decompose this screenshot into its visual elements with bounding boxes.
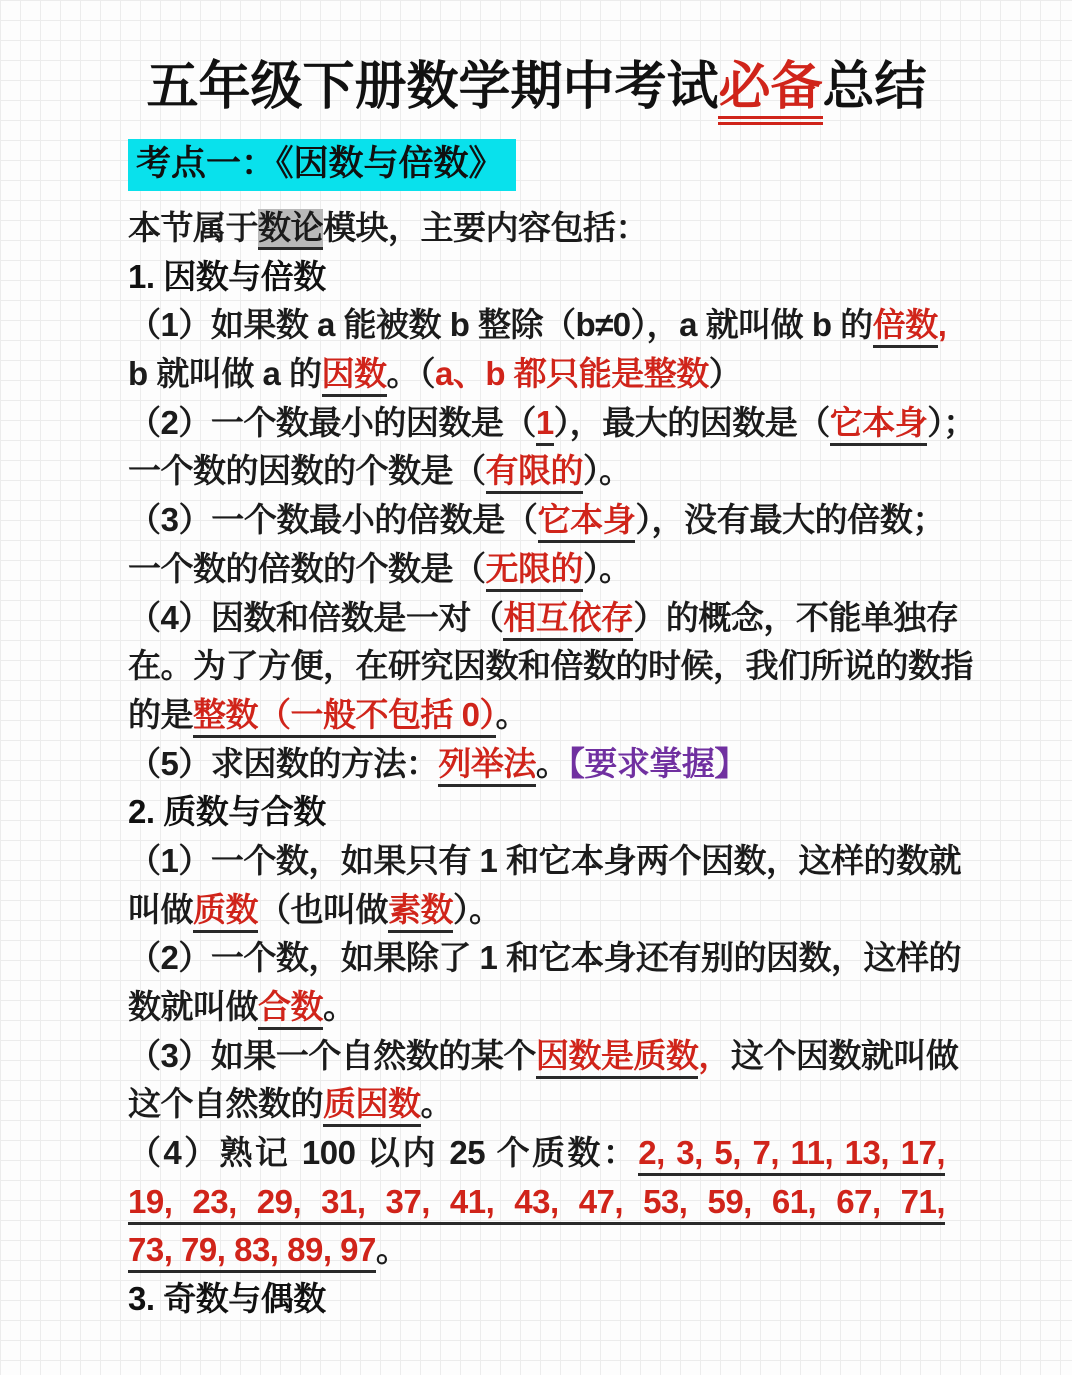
text-segment: 有限的: [486, 452, 584, 494]
text-segment: ,: [938, 306, 947, 343]
text-segment: ），没有最大的倍数；: [635, 501, 945, 538]
text-segment: 1. 因数与倍数: [128, 258, 326, 295]
text-segment: 。: [376, 1231, 409, 1268]
title-text-pre: 五年级下册数学期中考试: [146, 58, 718, 116]
text-segment: 数论: [258, 209, 323, 250]
text-segment: 1: [536, 404, 554, 446]
text-segment: （1）一个数，如果只有 1 和它本身两个因数，这样的数就: [128, 842, 961, 879]
text-segment: 一个数的倍数的个数是（: [128, 550, 486, 587]
text-segment: 这个因数就叫做: [731, 1037, 959, 1074]
text-segment: 。: [323, 988, 356, 1025]
text-segment: 相互依存: [503, 599, 633, 641]
title-text-post: 总结: [823, 58, 927, 116]
section-heading: 考点一：《因数与倍数》: [128, 139, 516, 191]
body-lines: 本节属于数论模块，主要内容包括：1. 因数与倍数（1）如果数 a 能被数 b 整…: [128, 204, 945, 1324]
text-line: （3）如果一个自然数的某个因数是质数，这个因数就叫做: [128, 1032, 945, 1081]
text-segment: 无限的: [486, 550, 584, 592]
text-segment: 整数（一般不包括 0）: [193, 696, 496, 738]
text-segment: （1）如果数 a 能被数 b 整除（b≠0），a 就叫做 b 的: [128, 306, 873, 343]
text-segment: 叫做: [128, 891, 193, 928]
text-line: 一个数的因数的个数是（有限的）。: [128, 447, 945, 496]
text-segment: 数就叫做: [128, 988, 258, 1025]
text-segment: ）。: [583, 452, 632, 489]
text-line: 1. 因数与倍数: [128, 253, 945, 302]
text-line: （5）求因数的方法：列举法。【要求掌握】: [128, 740, 945, 789]
text-line: （4）因数和倍数是一对（相互依存）的概念，不能单独存: [128, 594, 945, 643]
text-segment: 合数: [258, 988, 323, 1030]
text-line: （3）一个数最小的倍数是（它本身），没有最大的倍数；: [128, 496, 945, 545]
text-segment: 在。为了方便，在研究因数和倍数的时候，我们所说的数指: [128, 647, 973, 684]
text-segment: 因数是质数: [536, 1037, 699, 1079]
text-line: （4）熟记 100 以内 25 个质数：2, 3, 5, 7, 11, 13, …: [128, 1129, 945, 1178]
text-segment: 。（: [387, 355, 436, 392]
text-line: 3. 奇数与偶数: [128, 1275, 945, 1324]
text-line: 叫做质数（也叫做素数）。: [128, 886, 945, 935]
text-line: b 就叫做 a 的因数。（a、b 都只能是整数）: [128, 350, 945, 399]
text-segment: 。: [496, 696, 529, 733]
text-segment: 列举法: [438, 745, 536, 787]
text-segment: ，: [698, 1037, 731, 1074]
notes-page: 五年级下册数学期中考试必备总结 考点一：《因数与倍数》 本节属于数论模块，主要内…: [0, 0, 1072, 1375]
text-segment: 模块，主要内容包括：: [323, 209, 648, 246]
text-segment: ）。: [453, 891, 502, 928]
text-segment: 因数: [322, 355, 387, 397]
text-segment: ）: [709, 355, 742, 392]
text-segment: 。: [421, 1085, 454, 1122]
text-segment: b 就叫做 a 的: [128, 355, 322, 392]
text-segment: ）；: [927, 404, 976, 441]
text-segment: a、b 都只能是整数: [435, 355, 709, 392]
text-line: 的是整数（一般不包括 0）。: [128, 691, 945, 740]
text-line: （1）如果数 a 能被数 b 整除（b≠0），a 就叫做 b 的倍数,: [128, 301, 945, 350]
text-segment: 质数: [193, 891, 258, 933]
text-segment: （4）熟记 100 以内 25 个质数：: [128, 1134, 638, 1171]
text-segment: 的是: [128, 696, 193, 733]
text-line: 数就叫做合数。: [128, 983, 945, 1032]
text-segment: 倍数: [873, 306, 938, 348]
text-segment: ），最大的因数是（: [554, 404, 830, 441]
text-segment: 本节属于: [128, 209, 258, 246]
text-line: 73, 79, 83, 89, 97。: [128, 1226, 945, 1275]
text-line: 一个数的倍数的个数是（无限的）。: [128, 545, 945, 594]
text-line: 19, 23, 29, 31, 37, 41, 43, 47, 53, 59, …: [128, 1178, 945, 1227]
text-segment: 。: [536, 745, 569, 782]
text-segment: 2. 质数与合数: [128, 793, 326, 830]
page-title: 五年级下册数学期中考试必备总结: [128, 50, 945, 124]
text-segment: 质因数: [323, 1085, 421, 1127]
text-segment: 73, 79, 83, 89, 97: [128, 1231, 376, 1273]
text-segment: 【要求掌握】: [568, 745, 747, 782]
text-segment: 它本身: [830, 404, 928, 446]
text-segment: 3. 奇数与偶数: [128, 1280, 326, 1317]
text-line: 这个自然数的质因数。: [128, 1080, 945, 1129]
text-segment: ）的概念，不能单独存: [633, 599, 958, 636]
section-heading-text: 考点一：《因数与倍数》: [136, 144, 504, 183]
text-segment: （3）如果一个自然数的某个: [128, 1037, 536, 1074]
title-highlighted-word: 必备: [718, 58, 822, 125]
text-line: （2）一个数最小的因数是（1），最大的因数是（它本身）；: [128, 399, 945, 448]
text-segment: 这个自然数的: [128, 1085, 323, 1122]
text-segment: （也叫做: [258, 891, 388, 928]
text-segment: 素数: [388, 891, 453, 933]
text-line: 2. 质数与合数: [128, 788, 945, 837]
text-line: （1）一个数，如果只有 1 和它本身两个因数，这样的数就: [128, 837, 945, 886]
text-segment: （4）因数和倍数是一对（: [128, 599, 503, 636]
text-segment: （5）求因数的方法：: [128, 745, 438, 782]
text-segment: 2, 3, 5, 7, 11, 13, 17,: [638, 1134, 945, 1176]
text-line: 在。为了方便，在研究因数和倍数的时候，我们所说的数指: [128, 642, 945, 691]
text-segment: 它本身: [538, 501, 636, 543]
text-segment: 一个数的因数的个数是（: [128, 452, 486, 489]
text-segment: （3）一个数最小的倍数是（: [128, 501, 538, 538]
text-segment: ）。: [583, 550, 632, 587]
text-segment: （2）一个数，如果除了 1 和它本身还有别的因数，这样的: [128, 939, 961, 976]
text-line: 本节属于数论模块，主要内容包括：: [128, 204, 945, 253]
text-segment: （2）一个数最小的因数是（: [128, 404, 536, 441]
text-segment: 19, 23, 29, 31, 37, 41, 43, 47, 53, 59, …: [128, 1183, 945, 1225]
text-line: （2）一个数，如果除了 1 和它本身还有别的因数，这样的: [128, 934, 945, 983]
